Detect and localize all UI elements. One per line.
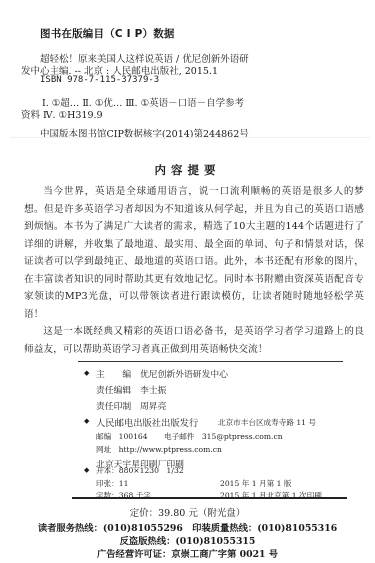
summary-paragraph-1: 当今世界，英语是全球通用语言，说一口流利顺畅的英语是很多人的梦想。但是许多英语学…	[24, 183, 364, 323]
resp-print-value: 周昇亮	[140, 402, 166, 412]
email-label: 电子邮件	[164, 432, 194, 441]
editor-value: 优尼创新外语研发中心	[140, 370, 228, 380]
editor-label: 主 编	[96, 370, 131, 380]
cip-classification-line2: 资料 Ⅳ. ①H319.9	[21, 107, 103, 121]
publisher: 人民邮电出版社出版发行	[96, 415, 198, 429]
book-format: 开本：880×1230 1/32	[96, 465, 184, 476]
diamond-bullet-icon: ◆	[84, 369, 89, 377]
cip-isbn: ISBN 978-7-115-37379-3	[40, 75, 159, 85]
diamond-bullet-icon: ◆	[84, 466, 89, 474]
email-value: 315@ptpress.com.cn	[202, 432, 283, 441]
diamond-bullet-icon: ◆	[84, 417, 89, 425]
imprint-bottom-rule	[72, 497, 347, 499]
resp-print-label: 责任印制	[96, 402, 131, 412]
printing: 2015 年 1 月北京第 1 次印刷	[220, 490, 322, 501]
imprint-resp-print-row: 责任印制 周昇亮	[96, 399, 166, 412]
website-row: 网址 http://www.ptpress.com.cn	[96, 444, 222, 455]
imprint-resp-editor-row: 责任编辑 李士振	[96, 383, 166, 396]
resp-editor-label: 责任编辑	[96, 386, 131, 396]
piracy-hotline: 反盗版热线：(010)81055315	[0, 533, 375, 547]
publisher-address: 北京市丰台区成寿寺路 11 号	[218, 417, 316, 428]
summary-body: 当今世界，英语是全球通用语言，说一口流利顺畅的英语是很多人的梦想。但是许多英语学…	[24, 183, 364, 358]
ad-license: 广告经营许可证：京崇工商广字第 0021 号	[0, 546, 375, 560]
word-count: 字数：368 千字	[96, 490, 151, 501]
service-hotline: 读者服务热线：(010)81055296 印装质量热线：(010)8105531…	[0, 520, 375, 534]
resp-editor-value: 李士振	[140, 386, 166, 396]
summary-title: 内容提要	[0, 162, 375, 178]
postcode-email-row: 邮编 100164 电子邮件 315@ptpress.com.cn	[96, 431, 283, 442]
postcode-value: 100164	[119, 432, 148, 441]
imprint-editor-row: 主 编 优尼创新外语研发中心	[96, 367, 228, 380]
cip-title: 图书在版编目（C I P）数据	[40, 26, 175, 41]
edition: 2015 年 1 月第 1 版	[220, 478, 291, 489]
divider	[10, 137, 370, 138]
price: 定价：39.80 元（附光盘）	[0, 505, 375, 519]
website-value: http://www.ptpress.com.cn	[119, 445, 222, 454]
print-sheets: 印张：11	[96, 478, 128, 489]
postcode-label: 邮编	[96, 432, 111, 441]
imprint-top-rule	[78, 361, 343, 362]
website-label: 网址	[96, 445, 111, 454]
summary-paragraph-2: 这是一本既经典又精彩的英语口语必备书，是英语学习者学习道路上的良师益友，可以帮助…	[24, 323, 364, 358]
